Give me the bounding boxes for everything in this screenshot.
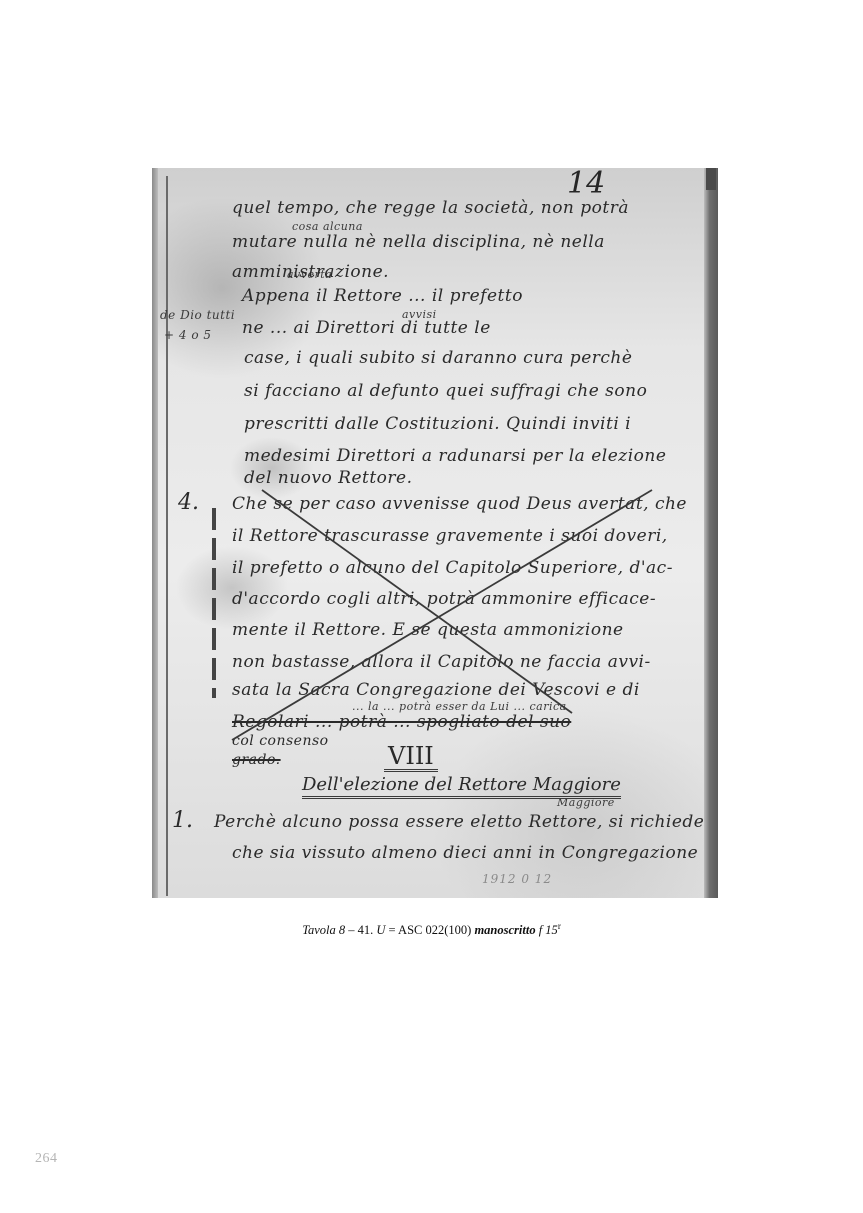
manuscript-line: si facciano al defunto quei suffragi che… (244, 381, 647, 401)
folio-number: 14 (567, 168, 605, 201)
interlinear-addition: Maggiore (557, 796, 615, 809)
manuscript-line: case, i quali subito si daranno cura per… (244, 348, 632, 368)
margin-note: + 4 o 5 (164, 328, 212, 342)
manuscript-line: il Rettore trascurasse gravemente i suoi… (232, 526, 668, 546)
manuscript-line: del nuovo Rettore. (244, 468, 413, 488)
binding-tab (706, 168, 716, 190)
caption-folio-side: r (558, 921, 561, 931)
manuscript-line: quel tempo, che regge la società, non po… (232, 198, 629, 218)
caption-number: 41. (358, 923, 377, 937)
manuscript-line: che sia vissuto almeno dieci anni in Con… (232, 843, 698, 863)
caption-dash: – (345, 923, 358, 937)
margin-note: de Dio tutti (160, 308, 235, 322)
manuscript-line: ne ... ai Direttori di tutte le (242, 318, 491, 338)
manuscript-line: Perchè alcuno possa essere eletto Rettor… (214, 812, 704, 832)
photo-edge-shadow (152, 168, 158, 898)
manuscript-line: non bastasse, allora il Capitolo ne facc… (232, 652, 651, 672)
page-number: 264 (35, 1151, 58, 1167)
manuscript-line: mente il Rettore. E se questa ammonizion… (232, 620, 624, 640)
manuscript-line: il prefetto o alcuno del Capitolo Superi… (232, 558, 673, 578)
caption-folio: f 15 (536, 923, 558, 937)
article-mark: 1. (172, 808, 193, 833)
manuscript-line: d'accordo cogli altri, potrà ammonire ef… (232, 589, 656, 609)
manuscript-line: Regolari ... potrà ... spogliato del suo (232, 712, 571, 732)
manuscript-line: col consenso (232, 733, 329, 749)
archive-stamp: 1912 0 12 (482, 872, 552, 886)
caption-equals: = (385, 923, 398, 937)
caption-type: manoscritto (474, 923, 535, 937)
manuscript-line: Appena il Rettore ... il prefetto (242, 286, 523, 306)
manuscript-line: mutare nulla nè nella disciplina, nè nel… (232, 232, 605, 252)
manuscript-line: prescritti dalle Costituzioni. Quindi in… (244, 414, 631, 434)
manuscript-line: sata la Sacra Congregazione dei Vescovi … (232, 680, 640, 700)
caption-archive: ASC 022(100) (398, 923, 474, 937)
manuscript-line: amministrazione. (232, 262, 389, 282)
manuscript-line: medesimi Direttori a radunarsi per la el… (244, 446, 666, 466)
section-numeral: VIII (384, 743, 438, 772)
manuscript-line: Che se per caso avvenisse quod Deus aver… (232, 494, 687, 514)
margin-bracket-strokes (212, 508, 216, 698)
figure-caption: Tavola 8 – 41. U = ASC 022(100) manoscri… (0, 921, 863, 938)
page-binding-shadow (704, 168, 718, 898)
ruled-margin-line (166, 176, 168, 896)
manuscript-photograph: 14 cosa alcuna avverta avvisi de Dio tut… (152, 168, 718, 898)
manuscript-line: grado. (232, 752, 281, 768)
caption-plate: Tavola 8 (302, 923, 345, 937)
paragraph-mark: 4. (178, 490, 199, 515)
